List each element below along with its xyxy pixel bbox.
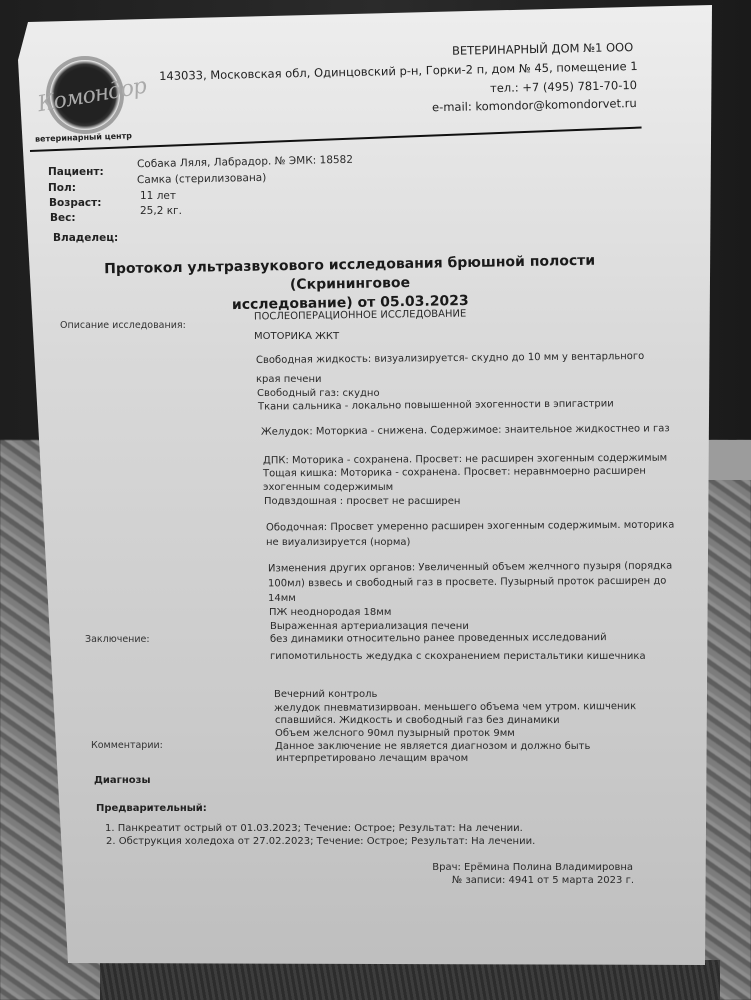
report-line: Вечерний контроль xyxy=(274,688,377,701)
sex-label: Пол: xyxy=(48,182,76,194)
doctor-name: Врач: Ерёмина Полина Владимировна xyxy=(432,861,633,874)
description-label: Описание исследования: xyxy=(60,320,186,331)
sex-value: Самка (стерилизована) xyxy=(137,172,266,186)
owner-label: Владелец: xyxy=(53,232,118,244)
conclusion-label: Заключение: xyxy=(85,634,150,645)
age-label: Возраст: xyxy=(49,197,101,209)
report-line: спавшийся. Жидкость и свободный газ без … xyxy=(275,714,560,727)
document-page: Комондор ветеринарный центр ВЕТЕРИНАРНЫЙ… xyxy=(0,0,751,1000)
report-line: Тощая кишка: Моторика - сохранена. Просв… xyxy=(263,465,646,481)
patient-label: Пациент: xyxy=(48,166,104,178)
report-line: 14мм xyxy=(268,592,296,605)
report-line: края печени xyxy=(256,373,322,386)
clinic-phone: тел.: +7 (495) 781-70-10 xyxy=(490,78,637,95)
diagnosis-item: 1. Панкреатит острый от 01.03.2023; Тече… xyxy=(105,822,523,835)
patient-value: Собака Ляля, Лабрадор. № ЭМК: 18582 xyxy=(137,154,353,171)
report-line: МОТОРИКА ЖКТ xyxy=(254,330,339,343)
report-title: Протокол ультразвукового исследования бр… xyxy=(95,252,606,318)
report-line: эхогенным содержимым xyxy=(263,481,393,494)
report-line: желудок пневматизирвоан. меньшего объема… xyxy=(274,700,636,715)
report-line: Подвздошная : просвет не расширен xyxy=(264,495,460,508)
preliminary-label: Предварительный: xyxy=(96,803,207,814)
report-line: ПЖ неоднородая 18мм xyxy=(269,606,391,619)
report-line: Изменения других органов: Увеличенный об… xyxy=(268,560,672,576)
report-line: Объем желсного 90мл пузырный проток 9мм xyxy=(275,727,515,740)
clinic-logo: Комондор ветеринарный центр xyxy=(35,55,140,150)
record-number: № записи: 4941 от 5 марта 2023 г. xyxy=(452,874,634,887)
report-line: Желудок: Моторкиа - снижена. Содержимое:… xyxy=(261,422,670,439)
logo-subtitle: ветеринарный центр xyxy=(35,131,132,143)
clinic-name: ВЕТЕРИНАРНЫЙ ДОМ №1 ООО xyxy=(452,40,633,58)
weight-label: Вес: xyxy=(50,212,76,224)
diagnoses-heading: Диагнозы xyxy=(94,775,151,786)
comments-label: Комментарии: xyxy=(91,740,163,751)
report-line: 100мл) взвесь и свободный газ в просвете… xyxy=(268,575,667,591)
age-value: 11 лет xyxy=(140,190,176,202)
report-line: Свободная жидкость: визуализируется- ску… xyxy=(256,350,644,367)
weight-value: 25,2 кг. xyxy=(140,205,182,217)
report-line: интерпретировано лечащим врачом xyxy=(276,752,468,765)
report-line: без динамики относительно ранее проведен… xyxy=(270,631,607,646)
report-line: Ткани сальника - локально повышенной эхо… xyxy=(258,397,614,413)
clinic-email: e-mail: komondor@komondorvet.ru xyxy=(432,96,637,114)
report-line: гипомотильность жедудка с скохранением п… xyxy=(270,650,646,663)
report-line: Свободный газ: скудно xyxy=(257,387,380,400)
report-line: Ободочная: Просвет умеренно расширен эхо… xyxy=(266,519,674,535)
diagnosis-item: 2. Обструкция холедоха от 27.02.2023; Те… xyxy=(106,835,535,848)
report-line: ПОСЛЕОПЕРАЦИОННОЕ ИССЛЕДОВАНИЕ xyxy=(254,308,466,324)
report-line: не виуализируется (норма) xyxy=(266,536,410,549)
background-cloth xyxy=(100,960,720,1000)
